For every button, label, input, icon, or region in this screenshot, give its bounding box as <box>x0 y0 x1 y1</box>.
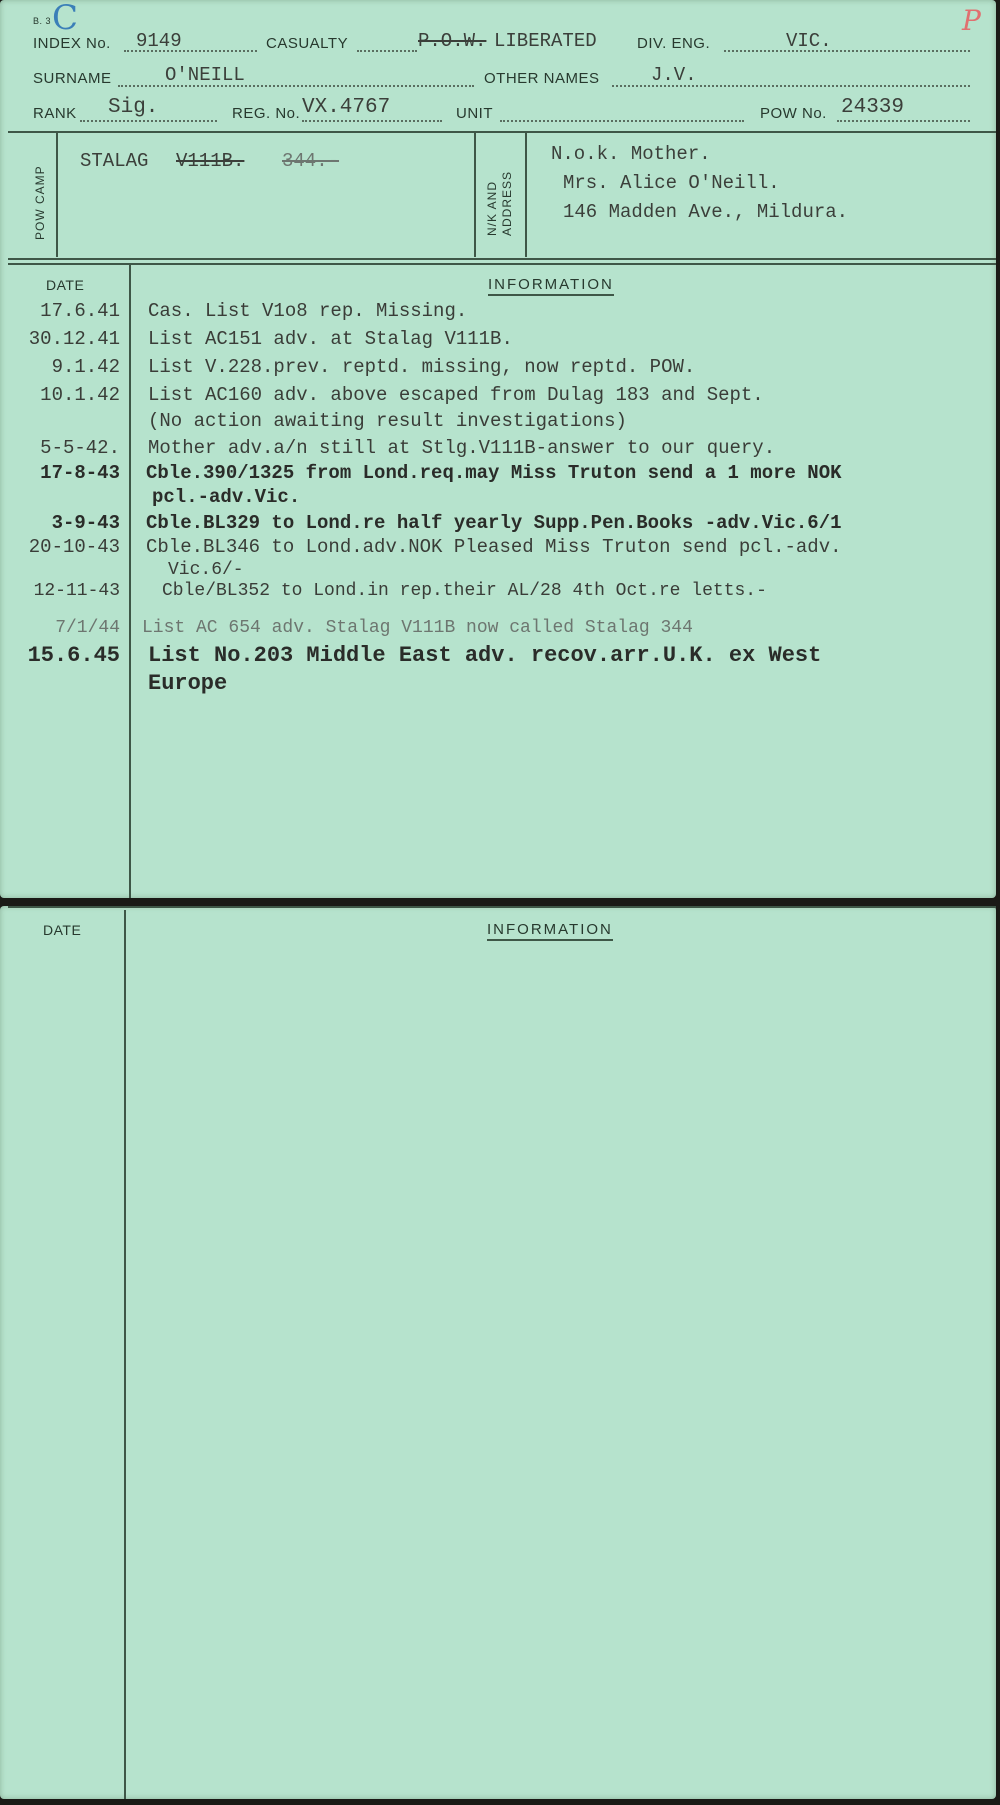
nok-line-3: 146 Madden Ave., Mildura. <box>563 201 848 223</box>
pow-no-value: 24339 <box>841 96 904 119</box>
index-label: INDEX No. <box>33 35 111 52</box>
div-eng-value: VIC. <box>786 30 832 52</box>
casualty-struck-value: P.O.W. <box>418 30 486 52</box>
handwritten-p-annotation: P <box>962 4 981 37</box>
entry-date: 17-8-43 <box>2 462 120 484</box>
nok-label-line1: N/K AND <box>485 181 499 236</box>
reg-no-label: REG. No. <box>232 105 300 122</box>
entry-info: Cble.BL329 to Lond.re half yearly Supp.P… <box>146 512 842 534</box>
record-card-back: DATE INFORMATION <box>0 906 996 1799</box>
entry-info: List V.228.prev. reptd. missing, now rep… <box>148 356 695 378</box>
other-names-label: OTHER NAMES <box>484 70 600 87</box>
unit-label: UNIT <box>456 105 493 122</box>
record-card-front: B. 3 C P INDEX No. 9149 CASUALTY P.O.W. … <box>0 0 996 898</box>
casualty-label: CASUALTY <box>266 35 348 52</box>
pow-no-label: POW No. <box>760 105 827 122</box>
entry-date: 3-9-43 <box>2 512 120 534</box>
entry-date: 12-11-43 <box>2 581 120 601</box>
entry-date: 10.1.42 <box>2 384 120 406</box>
back-date-header: DATE <box>43 922 81 938</box>
entry-info: List AC160 adv. above escaped from Dulag… <box>148 384 764 406</box>
entry-info: Europe <box>148 671 227 696</box>
entry-date: 17.6.41 <box>2 300 120 322</box>
divider <box>8 131 996 133</box>
entry-date: 20-10-43 <box>2 536 120 558</box>
rank-label: RANK <box>33 105 77 122</box>
date-header: DATE <box>46 277 84 293</box>
form-code: B. 3 <box>33 16 51 26</box>
entry-info: pcl.-adv.Vic. <box>152 486 300 508</box>
entry-info: Mother adv.a/n still at Stlg.V111B-answe… <box>148 437 775 459</box>
nok-line-2: Mrs. Alice O'Neill. <box>563 172 780 194</box>
entry-date: 30.12.41 <box>2 328 120 350</box>
entry-info: List AC 654 adv. Stalag V111B now called… <box>142 618 693 638</box>
entry-date: 15.6.45 <box>2 643 120 668</box>
handwritten-c-annotation: C <box>52 0 78 38</box>
pow-camp-prefix: STALAG <box>80 150 148 172</box>
entry-date: 9.1.42 <box>2 356 120 378</box>
div-eng-label: DIV. ENG. <box>637 35 710 52</box>
entry-info: List AC151 adv. at Stalag V111B. <box>148 328 513 350</box>
rank-value: Sig. <box>108 96 158 119</box>
back-information-header: INFORMATION <box>487 921 613 941</box>
entry-info: Cble.BL346 to Lond.adv.NOK Pleased Miss … <box>146 536 842 558</box>
entry-info: (No action awaiting result investigation… <box>148 410 627 432</box>
entry-info: Cble.390/1325 from Lond.req.may Miss Tru… <box>146 462 842 484</box>
entry-date: 5-5-42. <box>2 437 120 459</box>
reg-no-value: VX.4767 <box>302 96 390 119</box>
entry-info: List No.203 Middle East adv. recov.arr.U… <box>148 643 821 668</box>
nok-line-1: N.o.k. Mother. <box>551 143 711 165</box>
surname-value: O'NEILL <box>165 64 245 86</box>
entry-info: Cas. List V1o8 rep. Missing. <box>148 300 467 322</box>
pow-camp-label: POW CAMP <box>33 165 47 240</box>
other-names-value: J.V. <box>651 64 697 86</box>
pow-camp-struck-1: V111B. <box>176 150 244 172</box>
entry-info: Vic.6/- <box>168 560 244 580</box>
casualty-value: LIBERATED <box>494 30 597 52</box>
index-value: 9149 <box>136 30 182 52</box>
pow-camp-struck-2: 344.- <box>282 150 339 172</box>
nok-label-line2: ADDRESS <box>500 171 514 236</box>
information-header: INFORMATION <box>488 276 614 296</box>
entry-info: Cble/BL352 to Lond.in rep.their AL/28 4t… <box>162 581 767 601</box>
entry-date: 7/1/44 <box>2 618 120 638</box>
surname-label: SURNAME <box>33 70 112 87</box>
